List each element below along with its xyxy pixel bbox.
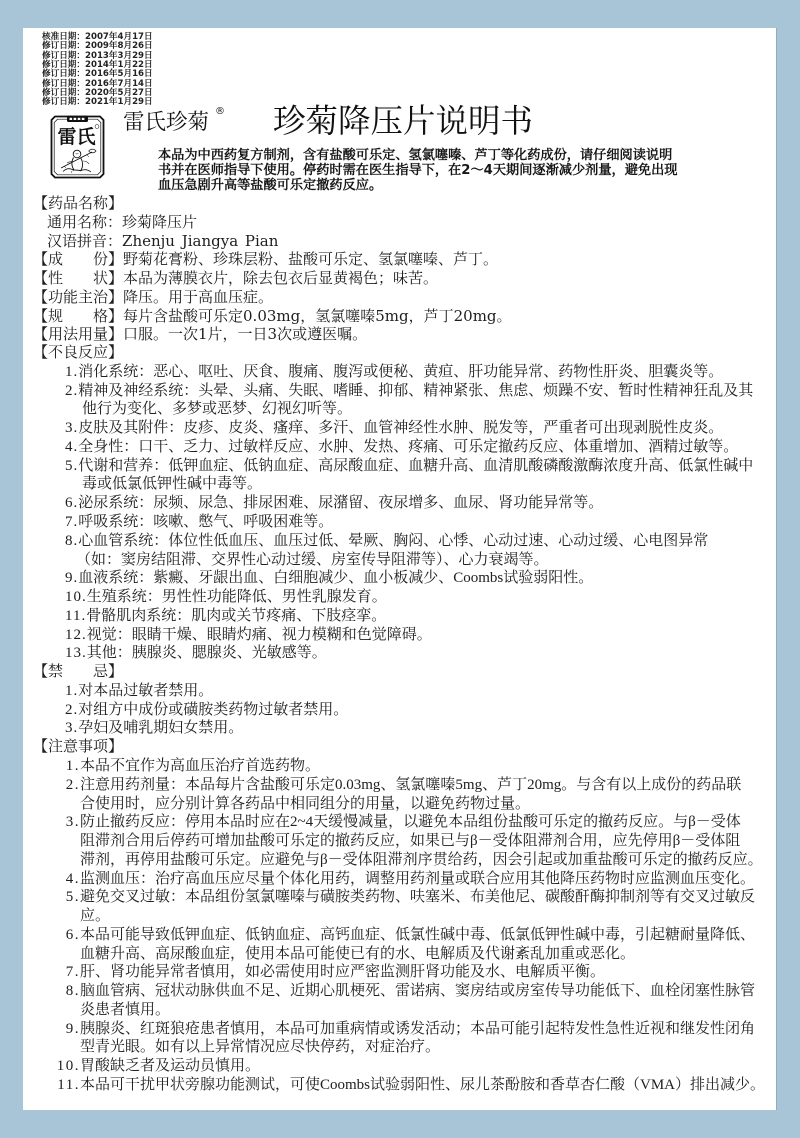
item-number: 2. (65, 383, 78, 399)
list-item-continuation: 他行为变化、多梦或恶梦、幻视幻听等。 (0, 400, 800, 419)
item-text: 孕妇及哺乳期妇女禁用。 (78, 720, 243, 736)
list-item: 5.避免交叉过敏：本品组份氢氯噻嗪与磺胺类药物、呋塞米、布美他尼、碳酸酐酶抑制剂… (0, 888, 800, 907)
item-number: 12. (65, 627, 87, 643)
section-heading: 【禁 忌】 (33, 664, 123, 680)
registered-trademark-mark: ® (215, 107, 225, 117)
item-text: 全身性：口干、乏力、过敏样反应、水肿、发热、疼痛、可乐定撤药反应、体重增加、酒精… (78, 439, 738, 455)
list-item-continuation: 毒或低氯低钾性碱中毒等。 (0, 475, 800, 494)
list-item: 8.心血管系统：体位性低血压、血压过低、晕厥、胸闷、心悸、心动过速、心动过缓、心… (0, 532, 800, 551)
item-text: 视觉：眼睛干燥、眼睛灼痛、视力模糊和色觉障碍。 (87, 627, 432, 643)
item-number: 10. (65, 589, 87, 605)
item-number: 8. (65, 533, 78, 549)
section-text: 口服。一次1片，一日3次或遵医嘱。 (123, 325, 367, 343)
item-text: 泌尿系统：尿频、尿急、排尿困难、尿潴留、夜尿增多、血尿、肾功能异常等。 (78, 495, 603, 511)
list-item: 12.视觉：眼睛干燥、眼睛灼痛、视力模糊和色觉障碍。 (0, 626, 800, 645)
item-text: 对本品过敏者禁用。 (78, 683, 213, 699)
item-text: 心血管系统：体位性低血压、血压过低、晕厥、胸闷、心悸、心动过速、心动过缓、心电图… (78, 533, 708, 549)
page-title: 珍菊降压片说明书 (273, 104, 533, 138)
section-heading-contraindications: 【禁 忌】 (0, 663, 800, 682)
item-text: 本品可能导致低钾血症、低钠血症、高钙血症、低氯性碱中毒、低氯低钾性碱中毒，引起糖… (80, 927, 755, 943)
item-number: 6. (65, 495, 78, 511)
item-text: 脑血管病、冠状动脉供血不足、近期心肌梗死、雷诺病、窦房结或房室传导功能低下、血栓… (80, 983, 755, 999)
item-text: 皮肤及其附件：皮疹、皮炎、瘙痒、多汗、血管神经性水肿、脱发等，严重者可出现剥脱性… (78, 420, 723, 436)
section-heading: 【规 格】 (33, 307, 123, 325)
item-text: 对组方中成份或磺胺类药物过敏者禁用。 (78, 702, 348, 718)
list-item-continuation: 合使用时，应分别计算各药品中相同组分的用量，以避免药物过量。 (0, 795, 800, 814)
item-text: 注意用药剂量：本品每片含盐酸可乐定0.03mg、氢氯噻嗪5mg、芦丁20mg。与… (80, 777, 741, 793)
list-item: 3.皮肤及其附件：皮疹、皮炎、瘙痒、多汗、血管神经性水肿、脱发等，严重者可出现剥… (0, 419, 800, 438)
brand-name: 雷氏珍菊 ® (123, 111, 209, 134)
list-item: 3.孕妇及哺乳期妇女禁用。 (0, 719, 800, 738)
section-heading: 【注意事项】 (33, 739, 123, 755)
item-text: 呼吸系统：咳嗽、憋气、呼吸困难等。 (78, 514, 333, 530)
item-number: 7. (56, 963, 80, 982)
brand-name-text: 雷氏珍菊 (123, 110, 209, 135)
list-item: 2.注意用药剂量：本品每片含盐酸可乐定0.03mg、氢氯噻嗪5mg、芦丁20mg… (0, 776, 800, 795)
item-number: 4. (56, 870, 80, 889)
item-number: 6. (56, 926, 80, 945)
section-text: 本品为薄膜衣片，除去包衣后显黄褐色；味苦。 (123, 269, 438, 287)
list-item: 4.监测血压：治疗高血压应尽量个体化用药，调整用药剂量或联合应用其他降压药物时应… (0, 870, 800, 889)
section-heading: 【成 份】 (33, 250, 123, 268)
section-dosage: 【用法用量】口服。一次1片，一日3次或遵医嘱。 (0, 325, 800, 344)
item-text: 肝、肾功能异常者慎用，如必需使用时应严密监测肝肾功能及水、电解质平衡。 (80, 964, 605, 980)
date-label: 修订日期： (42, 97, 85, 107)
revision-date: 修订日期：2021年1月29日 (42, 98, 153, 107)
list-item: 13.其他：胰腺炎、腮腺炎、光敏感等。 (0, 644, 800, 663)
item-number: 2. (56, 776, 80, 795)
list-item: 11.本品可干扰甲状旁腺功能测试，可使Coombs试验弱阳性、尿儿茶酚胺和香草杏… (0, 1076, 800, 1095)
section-text: 每片含盐酸可乐定0.03mg，氢氯噻嗪5mg，芦丁20mg。 (123, 307, 512, 325)
list-item-continuation: 应。 (0, 907, 800, 926)
date-value: 2021年1月29日 (85, 97, 153, 107)
item-text: 代谢和营养：低钾血症、低钠血症、高尿酸血症、血糖升高、血清肌酸磷酸激酶浓度升高、… (78, 458, 753, 474)
section-specification: 【规 格】每片含盐酸可乐定0.03mg，氢氯噻嗪5mg，芦丁20mg。 (0, 307, 800, 326)
revision-dates: 核准日期：2007年4月17日 修订日期：2009年8月26日 修订日期：201… (42, 33, 153, 108)
item-number: 9. (65, 570, 78, 586)
intro-notice: 本品为中西药复方制剂，含有盐酸可乐定、氢氯噻嗪、芦丁等化药成份，请仔细阅读说明 … (158, 148, 677, 193)
item-text: 骨骼肌肉系统：肌肉或关节疼痛、下肢痉挛。 (86, 608, 386, 624)
intro-line: 书并在医师指导下使用。停药时需在医生指导下，在2～4天期间逐渐减少剂量，避免出现 (158, 163, 677, 178)
list-item: 11.骨骼肌肉系统：肌肉或关节疼痛、下肢痉挛。 (0, 607, 800, 626)
item-number: 2. (65, 702, 78, 718)
list-item: 9.胰腺炎、红斑狼疮患者慎用，本品可加重病情或诱发活动；本品可能引起特发性急性近… (0, 1020, 800, 1039)
list-item-continuation: 型青光眼。如有以上异常情况应尽快停药，对症治疗。 (0, 1038, 800, 1057)
pinyin-value: Zhenju Jiangya Pian (122, 232, 278, 250)
item-text: 消化系统：恶心、呕吐、厌食、腹痛、腹泻或便秘、黄疸、肝功能异常、药物性肝炎、胆囊… (78, 364, 723, 380)
item-number: 9. (56, 1020, 80, 1039)
item-text: 防止撤药反应：停用本品时应在2~4天缓慢减量，以避免本品组份盐酸可乐定的撤药反应… (80, 814, 741, 830)
item-number: 11. (65, 608, 86, 624)
item-text: 血液系统：紫癜、牙龈出血、白细胞减少、血小板减少、Coombs试验弱阳性。 (78, 570, 593, 586)
item-text: 精神及神经系统：头晕、头痛、失眠、嗜睡、抑郁、精神紧张、焦虑、烦躁不安、暂时性精… (78, 383, 753, 399)
section-heading-precautions: 【注意事项】 (0, 738, 800, 757)
list-item: 4.全身性：口干、乏力、过敏样反应、水肿、发热、疼痛、可乐定撤药反应、体重增加、… (0, 438, 800, 457)
list-item: 7.呼吸系统：咳嗽、憋气、呼吸困难等。 (0, 513, 800, 532)
list-item: 8.脑血管病、冠状动脉供血不足、近期心肌梗死、雷诺病、窦房结或房室传导功能低下、… (0, 982, 800, 1001)
list-item: 3.防止撤药反应：停用本品时应在2~4天缓慢减量，以避免本品组份盐酸可乐定的撤药… (0, 813, 800, 832)
pinyin-label: 汉语拼音： (47, 232, 122, 250)
item-text: 避免交叉过敏：本品组份氢氯噻嗪与磺胺类药物、呋塞米、布美他尼、碳酸酐酶抑制剂等有… (80, 889, 755, 905)
list-item: 6.泌尿系统：尿频、尿急、排尿困难、尿潴留、夜尿增多、血尿、肾功能异常等。 (0, 494, 800, 513)
item-text: 其他：胰腺炎、腮腺炎、光敏感等。 (87, 645, 327, 661)
section-description: 【性 状】本品为薄膜衣片，除去包衣后显黄褐色；味苦。 (0, 269, 800, 288)
leaflet-body: 【药品名称】 通用名称：珍菊降压片 汉语拼音：Zhenju Jiangya Pi… (0, 194, 800, 1095)
intro-line: 血压急剧升高等盐酸可乐定撤药反应。 (158, 178, 677, 193)
item-text: 本品可干扰甲状旁腺功能测试，可使Coombs试验弱阳性、尿儿茶酚胺和香草杏仁酸（… (80, 1077, 765, 1093)
item-number: 5. (65, 458, 78, 474)
list-item-continuation: 炎患者慎用。 (0, 1001, 800, 1020)
section-heading: 【用法用量】 (33, 325, 123, 343)
section-heading-drug-name: 【药品名称】 (0, 194, 800, 213)
item-number: 3. (65, 720, 78, 736)
section-text: 降压。用于高血压症。 (123, 288, 273, 306)
list-item: 7.肝、肾功能异常者慎用，如必需使用时应严密监测肝肾功能及水、电解质平衡。 (0, 963, 800, 982)
item-number: 4. (65, 439, 78, 455)
item-number: 1. (65, 364, 78, 380)
item-text: 胃酸缺乏者及运动员慎用。 (80, 1058, 260, 1074)
section-heading: 【不良反应】 (33, 345, 123, 361)
list-item-continuation: 血糖升高、高尿酸血症，使用本品可能使已有的水、电解质及代谢紊乱加重或恶化。 (0, 945, 800, 964)
list-item: 6.本品可能导致低钾血症、低钠血症、高钙血症、低氯性碱中毒、低氯低钾性碱中毒，引… (0, 926, 800, 945)
brand-logo: 雷氏 (50, 115, 105, 179)
list-item-continuation: （如：窦房结阻滞、交界性心动过缓、房室传导阻滞等）、心力衰竭等。 (0, 551, 800, 570)
list-item: 5.代谢和营养：低钾血症、低钠血症、高尿酸血症、血糖升高、血清肌酸磷酸激酶浓度升… (0, 457, 800, 476)
brand-logo-icon: 雷氏 (50, 115, 105, 179)
list-item: 1.消化系统：恶心、呕吐、厌食、腹痛、腹泻或便秘、黄疸、肝功能异常、药物性肝炎、… (0, 363, 800, 382)
intro-line: 本品为中西药复方制剂，含有盐酸可乐定、氢氯噻嗪、芦丁等化药成份，请仔细阅读说明 (158, 148, 677, 163)
item-number: 8. (56, 982, 80, 1001)
list-item-continuation: 滞剂，再停用盐酸可乐定。应避免与β－受体阻滞剂序贯给药，因会引起或加重盐酸可乐定… (0, 851, 800, 870)
item-text: 胰腺炎、红斑狼疮患者慎用，本品可加重病情或诱发活动；本品可能引起特发性急性近视和… (80, 1021, 755, 1037)
list-item: 2.对组方中成份或磺胺类药物过敏者禁用。 (0, 701, 800, 720)
section-indications: 【功能主治】降压。用于高血压症。 (0, 288, 800, 307)
item-number: 1. (56, 757, 80, 776)
item-number: 5. (56, 888, 80, 907)
item-number: 1. (65, 683, 78, 699)
list-item: 10.胃酸缺乏者及运动员慎用。 (0, 1057, 800, 1076)
section-text: 野菊花膏粉、珍珠层粉、盐酸可乐定、氢氯噻嗪、芦丁。 (123, 250, 498, 268)
item-number: 13. (65, 645, 87, 661)
list-item: 1.对本品过敏者禁用。 (0, 682, 800, 701)
generic-name-row: 通用名称：珍菊降压片 (0, 213, 800, 232)
item-number: 7. (65, 514, 78, 530)
generic-name-value: 珍菊降压片 (122, 213, 197, 231)
pinyin-name-row: 汉语拼音：Zhenju Jiangya Pian (0, 232, 800, 251)
section-heading: 【功能主治】 (33, 288, 123, 306)
item-number: 11. (56, 1076, 80, 1095)
item-text: 生殖系统：男性性功能降低、男性乳腺发育。 (87, 589, 387, 605)
section-ingredients: 【成 份】野菊花膏粉、珍珠层粉、盐酸可乐定、氢氯噻嗪、芦丁。 (0, 250, 800, 269)
item-number: 10. (56, 1057, 80, 1076)
item-number: 3. (56, 813, 80, 832)
item-number: 3. (65, 420, 78, 436)
item-text: 监测血压：治疗高血压应尽量个体化用药，调整用药剂量或联合应用其他降压药物时应监测… (80, 871, 755, 887)
list-item: 1.本品不宜作为高血压治疗首选药物。 (0, 757, 800, 776)
generic-name-label: 通用名称： (47, 213, 122, 231)
logo-text: 雷氏 (57, 125, 96, 148)
section-heading: 【药品名称】 (33, 194, 123, 212)
list-item: 9.血液系统：紫癜、牙龈出血、白细胞减少、血小板减少、Coombs试验弱阳性。 (0, 569, 800, 588)
list-item-continuation: 阻滞剂合用后停药可增加盐酸可乐定的撤药反应，如果已与β－受体阻滞剂合用，应先停用… (0, 832, 800, 851)
section-heading: 【性 状】 (33, 269, 123, 287)
section-heading-adverse-reactions: 【不良反应】 (0, 344, 800, 363)
item-text: 本品不宜作为高血压治疗首选药物。 (80, 758, 320, 774)
list-item: 2.精神及神经系统：头晕、头痛、失眠、嗜睡、抑郁、精神紧张、焦虑、烦躁不安、暂时… (0, 382, 800, 401)
list-item: 10.生殖系统：男性性功能降低、男性乳腺发育。 (0, 588, 800, 607)
